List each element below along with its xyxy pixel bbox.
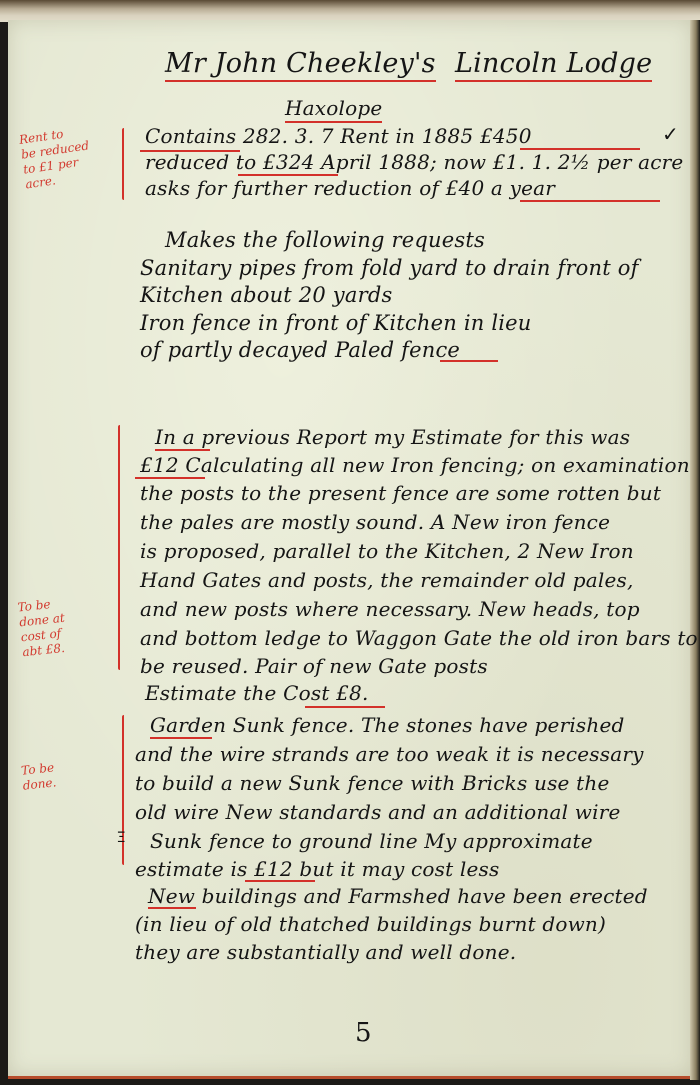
underline-fence-end (440, 360, 498, 362)
report-line-4: the pales are mostly sound. A New iron f… (140, 510, 610, 534)
place-name-text: Haxolope (285, 96, 382, 123)
sunk-fence-diagram-icon: Ξ (117, 830, 125, 846)
request-line-1: Sanitary pipes from fold yard to drain f… (140, 256, 639, 280)
buildings-line-1: New buildings and Farmshed have been ere… (148, 884, 648, 908)
place-name: Haxolope (285, 96, 382, 120)
rent-line-3: asks for further reduction of £40 a year (145, 176, 555, 200)
report-line-7: and new posts where necessary. New heads… (140, 597, 640, 621)
report-line-3: the posts to the present fence are some … (140, 481, 661, 505)
underline-new (148, 907, 196, 909)
request-line-3: Iron fence in front of Kitchen in lieu (140, 311, 532, 335)
garden-line-1: Garden Sunk fence. The stones have peris… (150, 713, 625, 737)
garden-line-2: and the wire strands are too weak it is … (135, 742, 644, 766)
underline-twelve-pounds-2 (245, 880, 315, 882)
garden-line-6: estimate is £12 but it may cost less (135, 857, 499, 881)
buildings-line-3: they are substantially and well done. (135, 940, 516, 964)
bracket-report (118, 425, 120, 670)
margin-note-garden: To be done. (21, 760, 58, 793)
underline-rent (520, 148, 640, 150)
title-property: Lincoln Lodge (455, 48, 652, 79)
buildings-line-2: (in lieu of old thatched buildings burnt… (135, 912, 606, 936)
title-property-text: Lincoln Lodge (455, 48, 652, 82)
page-edge (690, 20, 700, 1080)
rent-line-1: Contains 282. 3. 7 Rent in 1885 £450 (145, 124, 532, 148)
book-binding-top (0, 0, 700, 22)
report-line-9: be reused. Pair of new Gate posts (140, 654, 488, 678)
underline-garden (150, 737, 212, 739)
rent-line-2: reduced to £324 April 1888; now £1. 1. 2… (145, 150, 683, 174)
report-line-1: In a previous Report my Estimate for thi… (155, 425, 630, 449)
underline-reduced (238, 174, 338, 176)
underline-eight-pounds (305, 706, 385, 708)
garden-line-3: to build a new Sunk fence with Bricks us… (135, 771, 609, 795)
report-line-2: £12 Calculating all new Iron fencing; on… (140, 453, 690, 477)
underline-per-acre (520, 200, 660, 202)
title-owner: Mr John Cheekley's (165, 48, 436, 79)
title-owner-text: Mr John Cheekley's (165, 48, 436, 82)
request-line-2: Kitchen about 20 yards (140, 283, 392, 307)
garden-line-4: old wire New standards and an additional… (135, 800, 621, 824)
report-line-6: Hand Gates and posts, the remainder old … (140, 568, 634, 592)
margin-note-rent: Rent to be reduced to £1 per acre. (18, 124, 94, 193)
report-line-8: and bottom ledge to Waggon Gate the old … (140, 626, 698, 650)
underline-in-a (155, 449, 210, 451)
check-mark-icon: ✓ (662, 122, 679, 146)
bracket-rent (122, 128, 124, 200)
margin-note-fence: To be done at cost of abt £8. (17, 596, 69, 660)
report-line-5: is proposed, parallel to the Kitchen, 2 … (140, 539, 634, 563)
garden-line-5: Sunk fence to ground line My approximate (150, 829, 593, 853)
request-line-4: of partly decayed Paled fence (140, 338, 460, 362)
page-number: 5 (355, 1018, 372, 1048)
underline-twelve-pounds (135, 477, 205, 479)
requests-heading: Makes the following requests (165, 228, 485, 252)
underline-acreage (140, 150, 240, 152)
report-line-10: Estimate the Cost £8. (145, 681, 369, 705)
